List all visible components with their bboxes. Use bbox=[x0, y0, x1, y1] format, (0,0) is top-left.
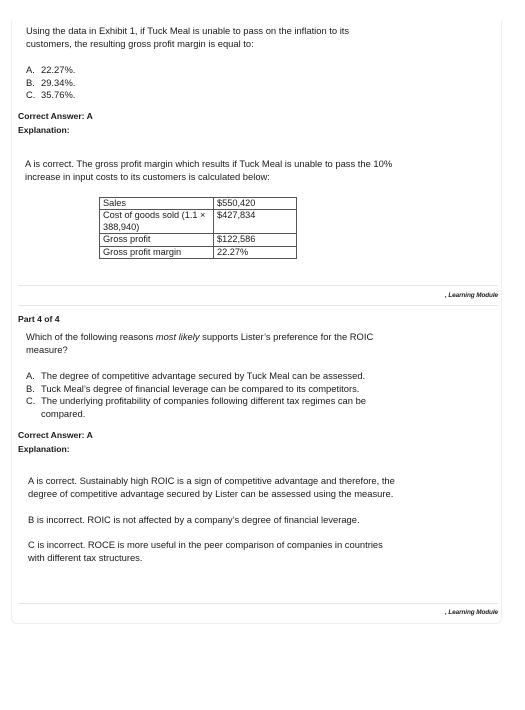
option-text: The degree of competitive advantage secu… bbox=[41, 370, 365, 381]
explanation-label: Explanation: bbox=[18, 124, 70, 137]
option-letter: A. bbox=[26, 370, 35, 383]
answer-options: A.22.27%. B.29.34%. C.35.76%. bbox=[26, 64, 75, 102]
module-reference: , Learning Module bbox=[445, 607, 498, 620]
option-text: 22.27%. bbox=[41, 64, 75, 75]
part-label: Part 4 of 4 bbox=[18, 313, 60, 326]
option-b[interactable]: B.Tuck Meal’s degree of financial levera… bbox=[26, 383, 386, 396]
option-b[interactable]: B.29.34%. bbox=[26, 77, 75, 90]
option-letter: A. bbox=[26, 64, 35, 77]
option-text: Tuck Meal’s degree of financial leverage… bbox=[41, 383, 359, 394]
explanation-text: A is correct. The gross profit margin wh… bbox=[25, 158, 405, 183]
question-text: Using the data in Exhibit 1, if Tuck Mea… bbox=[26, 25, 396, 50]
table-cell-value: $427,834 bbox=[214, 210, 297, 234]
table-row: Gross profit $122,586 bbox=[100, 234, 297, 246]
divider bbox=[18, 285, 498, 286]
option-text: 29.34%. bbox=[41, 77, 75, 88]
correct-answer-label: Correct Answer: A bbox=[18, 110, 93, 123]
table-cell-value: 22.27% bbox=[214, 246, 297, 258]
option-a[interactable]: A.22.27%. bbox=[26, 64, 75, 77]
module-reference: , Learning Module bbox=[445, 290, 498, 303]
explanation-b: B is incorrect. ROIC is not affected by … bbox=[28, 514, 408, 527]
option-c[interactable]: C.The underlying profitability of compan… bbox=[26, 395, 386, 420]
option-a[interactable]: A.The degree of competitive advantage se… bbox=[26, 370, 386, 383]
option-letter: B. bbox=[26, 77, 35, 90]
explanation-label: Explanation: bbox=[18, 443, 70, 456]
table-cell-item: Cost of goods sold (1.1 × 388,940) bbox=[100, 210, 214, 234]
explanation-a: A is correct. Sustainably high ROIC is a… bbox=[28, 475, 406, 500]
table-row: Sales $550,420 bbox=[100, 198, 297, 210]
table-cell-item: Gross profit bbox=[100, 234, 214, 246]
option-letter: B. bbox=[26, 383, 35, 396]
question-emphasis: most likely bbox=[156, 331, 200, 342]
option-letter: C. bbox=[26, 89, 35, 102]
divider bbox=[18, 603, 498, 604]
option-text: 35.76%. bbox=[41, 89, 75, 100]
explanation-c: C is incorrect. ROCE is more useful in t… bbox=[28, 539, 398, 564]
option-letter: C. bbox=[26, 395, 35, 408]
table-cell-item: Gross profit margin bbox=[100, 246, 214, 258]
table-row: Gross profit margin 22.27% bbox=[100, 246, 297, 258]
question-text-part: Which of the following reasons bbox=[26, 331, 156, 342]
table-cell-value: $122,586 bbox=[214, 234, 297, 246]
divider bbox=[18, 305, 498, 306]
table-row: Cost of goods sold (1.1 × 388,940) $427,… bbox=[100, 210, 297, 234]
table-cell-value: $550,420 bbox=[214, 198, 297, 210]
option-c[interactable]: C.35.76%. bbox=[26, 89, 75, 102]
table-cell-item: Sales bbox=[100, 198, 214, 210]
question-text: Which of the following reasons most like… bbox=[26, 331, 396, 356]
correct-answer-label: Correct Answer: A bbox=[18, 429, 93, 442]
answer-options: A.The degree of competitive advantage se… bbox=[26, 370, 386, 420]
option-text: The underlying profitability of companie… bbox=[41, 395, 366, 419]
calculation-table: Sales $550,420 Cost of goods sold (1.1 ×… bbox=[99, 197, 297, 259]
